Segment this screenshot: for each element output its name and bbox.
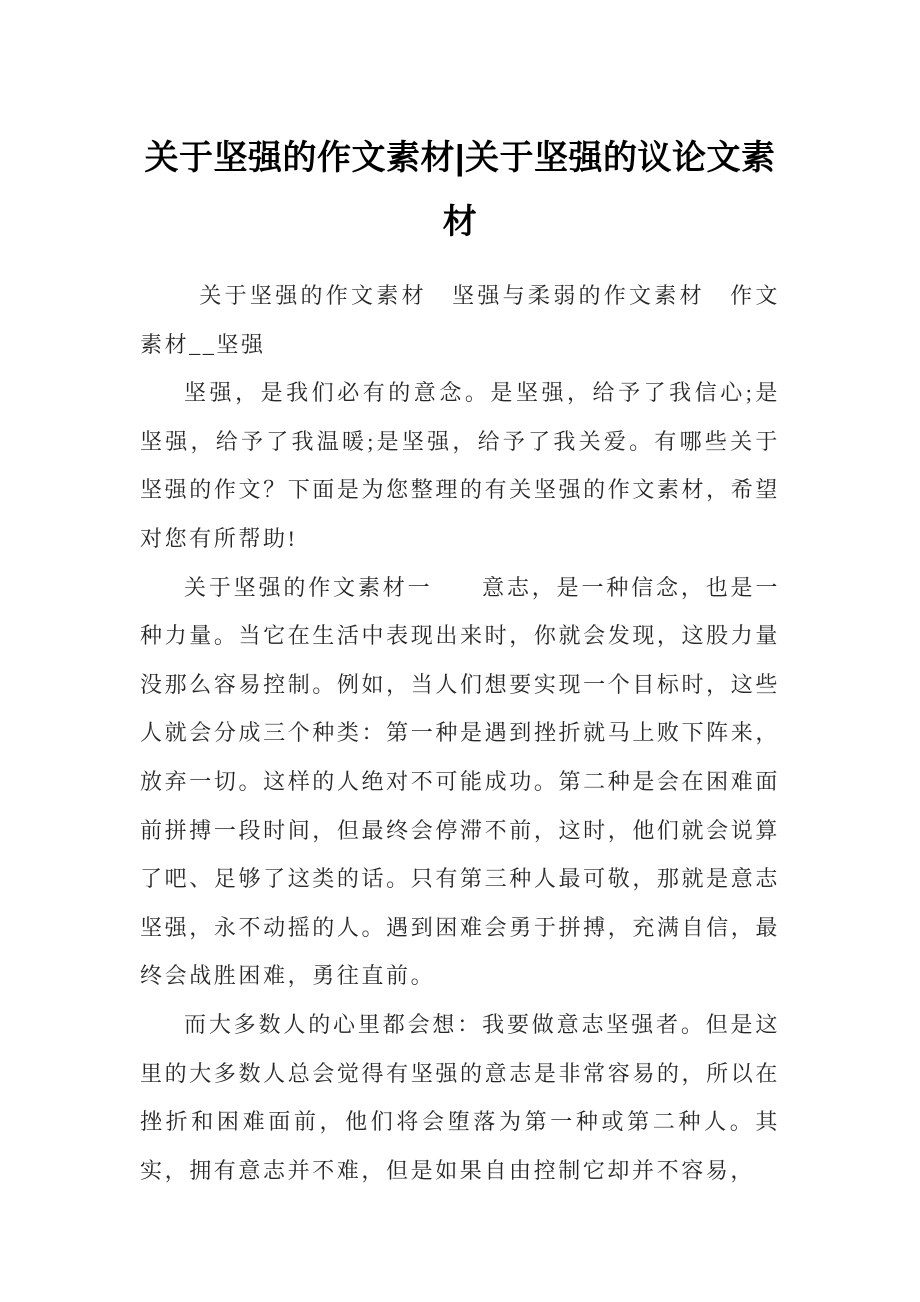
paragraph-material-one-continued: 而大多数人的心里都会想：我要做意志坚强者。但是这里的大多数人总会觉得有坚强的意志… (140, 1001, 780, 1195)
paragraph-material-one: 关于坚强的作文素材一 意志，是一种信念，也是一种力量。当它在生活中表现出来时，你… (140, 564, 780, 1001)
paragraph-keywords: 关于坚强的作文素材 坚强与柔弱的作文素材 作文素材__坚强 (140, 272, 780, 369)
document-body: 关于坚强的作文素材 坚强与柔弱的作文素材 作文素材__坚强 坚强，是我们必有的意… (140, 272, 780, 1195)
document-title: 关于坚强的作文素材|关于坚强的议论文素材 (140, 126, 780, 254)
paragraph-intro: 坚强，是我们必有的意念。是坚强，给予了我信心;是坚强，给予了我温暖;是坚强，给予… (140, 369, 780, 563)
document-page: 关于坚强的作文素材|关于坚强的议论文素材 关于坚强的作文素材 坚强与柔弱的作文素… (0, 0, 920, 1302)
